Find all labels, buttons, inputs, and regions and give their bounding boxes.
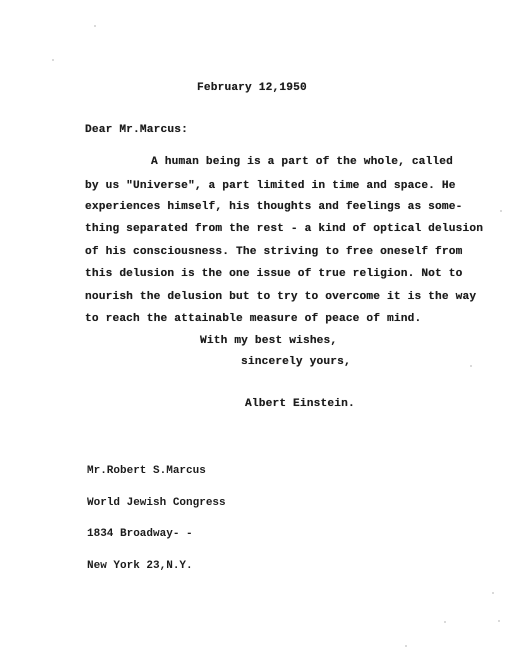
body-line: experiences himself, his thoughts and fe… xyxy=(85,201,463,213)
body-line: nourish the delusion but to try to overc… xyxy=(85,291,476,303)
body-line: this delusion is the one issue of true r… xyxy=(85,268,463,280)
body-line: of his consciousness. The striving to fr… xyxy=(85,246,463,258)
paper-speck xyxy=(500,210,502,212)
paper-speck xyxy=(405,645,407,647)
body-line: by us "Universe", a part limited in time… xyxy=(85,180,456,192)
letter-date: February 12,1950 xyxy=(197,82,307,94)
address-line: World Jewish Congress xyxy=(87,498,226,509)
paper-speck xyxy=(94,25,96,27)
body-line: A human being is a part of the whole, ca… xyxy=(151,156,453,168)
address-line: New York 23,N.Y. xyxy=(87,561,226,572)
salutation: Dear Mr.Marcus: xyxy=(85,124,188,136)
paper-speck xyxy=(492,592,494,594)
signature: Albert Einstein. xyxy=(245,398,355,410)
paper-speck xyxy=(52,59,54,61)
paper-speck xyxy=(498,620,500,622)
paper-speck xyxy=(444,621,446,623)
letter-page: February 12,1950 Dear Mr.Marcus: A human… xyxy=(0,0,520,663)
body-line: thing separated from the rest - a kind o… xyxy=(85,223,483,235)
closing-sincerely: sincerely yours, xyxy=(241,356,351,368)
address-line: Mr.Robert S.Marcus xyxy=(87,466,226,477)
address-line: 1834 Broadway- - xyxy=(87,529,226,540)
closing-wishes: With my best wishes, xyxy=(200,335,337,347)
paper-speck xyxy=(470,365,472,367)
recipient-address: Mr.Robert S.Marcus World Jewish Congress… xyxy=(87,445,226,592)
body-line: to reach the attainable measure of peace… xyxy=(85,313,421,325)
